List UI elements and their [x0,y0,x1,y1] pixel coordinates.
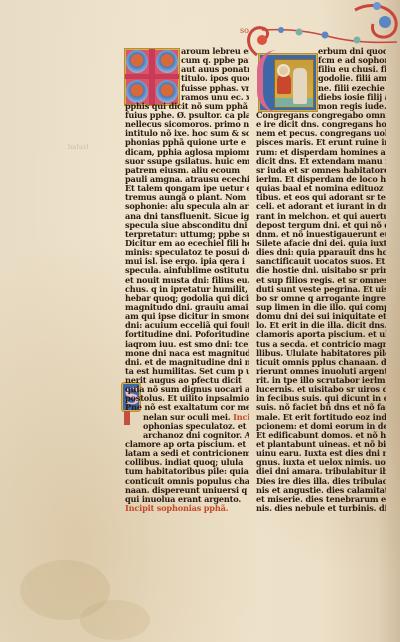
margin-note: lmlurl [68,144,89,151]
manuscript-page: lmlurl so S a [0,0,400,642]
text-column-right: erbum dni quod fcm e ad sophoniã filiu e… [256,47,386,513]
text-column-left: aroum lebreu est cum q. ppbe patr aut au… [125,47,249,513]
header-marker: so [240,26,249,35]
text-line: nis. dies nebule et turbinis. dies [256,504,386,513]
rubric-incipit-sophonias: Incipit sophonias pphã. [125,504,249,513]
parchment-stain [80,600,150,640]
